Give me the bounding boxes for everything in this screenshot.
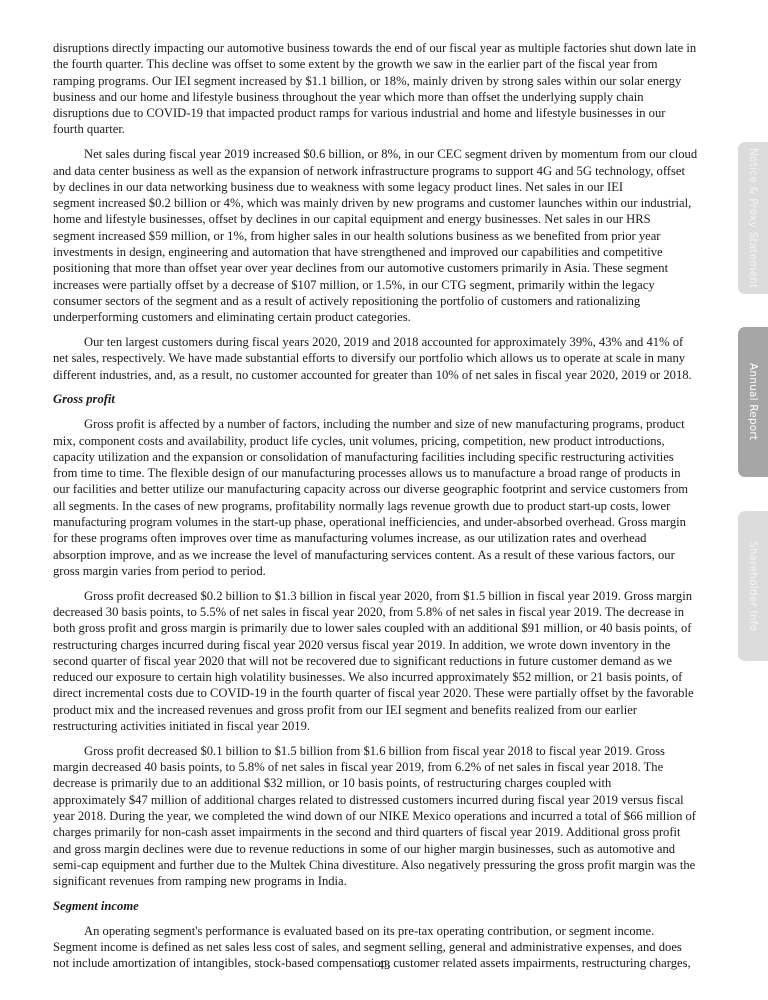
side-tab-label: Shareholder Info: [747, 541, 759, 631]
text-line: restructuring charges incurred during fi…: [53, 637, 721, 653]
text-line: decreased 30 basis points, to 5.5% of ne…: [53, 604, 721, 620]
text-line: the fourth quarter. This decline was off…: [53, 56, 721, 72]
section-heading-gross-profit: Gross profit: [53, 391, 721, 407]
side-tab-label: Notice & Proxy Statement: [747, 148, 759, 289]
side-tab-notice-proxy-statement[interactable]: Notice & Proxy Statement: [738, 142, 768, 294]
text-line: Segment income is defined as net sales l…: [53, 939, 721, 955]
text-line: our facilities and better utilize our ma…: [53, 481, 721, 497]
paragraph-gross-profit-fy2019: Gross profit decreased $0.1 billion to $…: [53, 743, 721, 890]
text-line: capacity utilization and the expansion o…: [53, 449, 721, 465]
text-line: manufacturing program volumes in the sta…: [53, 514, 721, 530]
text-line: and gross margin declines were due to re…: [53, 841, 721, 857]
text-line: underperforming customers and eliminatin…: [53, 309, 721, 325]
side-tab-label: Annual Report: [747, 363, 759, 440]
text-line: ramping programs. Our IEI segment increa…: [53, 73, 721, 89]
text-line: segment increased $59 million, or 1%, fr…: [53, 228, 721, 244]
side-tab-shareholder-info[interactable]: Shareholder Info: [738, 511, 768, 661]
text-line: fourth quarter.: [53, 121, 721, 137]
text-line: direct incremental costs due to COVID-19…: [53, 685, 721, 701]
text-line: from time to time. The flexible design o…: [53, 465, 721, 481]
text-line: charges primarily for non-cash asset imp…: [53, 824, 721, 840]
text-line: investments in design, engineering and a…: [53, 244, 721, 260]
text-line: semi-cap equipment and further due to th…: [53, 857, 721, 873]
side-tab-annual-report[interactable]: Annual Report: [738, 327, 768, 477]
text-line: approximately $47 million of additional …: [53, 792, 721, 808]
text-line: positioning that more than offset year o…: [53, 260, 721, 276]
document-body: disruptions directly impacting our autom…: [53, 40, 721, 980]
text-line: both gross profit and gross margin is pr…: [53, 620, 721, 636]
text-line: by declines in our data networking busin…: [53, 179, 721, 195]
text-line: Our ten largest customers during fiscal …: [53, 334, 721, 350]
text-line: second quarter of fiscal year 2020 that …: [53, 653, 721, 669]
text-line: Net sales during fiscal year 2019 increa…: [53, 146, 721, 162]
text-line: Gross profit decreased $0.2 billion to $…: [53, 588, 721, 604]
text-line: increases were partially offset by a dec…: [53, 277, 721, 293]
paragraph-net-sales-fy2019: Net sales during fiscal year 2019 increa…: [53, 146, 721, 325]
text-line: net sales, respectively. We have made su…: [53, 350, 721, 366]
paragraph-largest-customers: Our ten largest customers during fiscal …: [53, 334, 721, 383]
text-line: reduced our exposure to certain high vol…: [53, 669, 721, 685]
text-line: for these programs often improves over t…: [53, 530, 721, 546]
paragraph-gross-profit-fy2020: Gross profit decreased $0.2 billion to $…: [53, 588, 721, 735]
text-line: Gross profit decreased $0.1 billion to $…: [53, 743, 721, 759]
text-line: decrease is primarily due to an addition…: [53, 775, 721, 791]
text-line: significant revenues from ramping new pr…: [53, 873, 721, 889]
text-line: different industries, and, as a result, …: [53, 367, 721, 383]
text-line: all segments. In the cases of new progra…: [53, 498, 721, 514]
text-line: consumer sectors of the segment and as a…: [53, 293, 721, 309]
text-line: mix, component costs and availability, p…: [53, 433, 721, 449]
text-line: segment increased $0.2 billion or 4%, wh…: [53, 195, 721, 211]
text-line: margin decreased 40 basis points, to 5.8…: [53, 759, 721, 775]
text-line: year 2018. During the year, we completed…: [53, 808, 721, 824]
page-number: 43: [0, 957, 768, 973]
text-line: business and our home and lifestyle busi…: [53, 89, 721, 105]
text-line: disruptions directly impacting our autom…: [53, 40, 721, 56]
text-line: gross margin varies from period to perio…: [53, 563, 721, 579]
text-line: disruptions due to COVID-19 that impacte…: [53, 105, 721, 121]
section-heading-segment-income: Segment income: [53, 898, 721, 914]
text-line: Gross profit is affected by a number of …: [53, 416, 721, 432]
text-line: restructuring activities initiated in fi…: [53, 718, 721, 734]
text-line: home and lifestyle businesses, offset by…: [53, 211, 721, 227]
paragraph-gross-profit-factors: Gross profit is affected by a number of …: [53, 416, 721, 579]
text-line: An operating segment's performance is ev…: [53, 923, 721, 939]
text-line: and data center business as well as the …: [53, 163, 721, 179]
text-line: product mix and the increased revenues a…: [53, 702, 721, 718]
paragraph-segment-sales-fy2020-continued: disruptions directly impacting our autom…: [53, 40, 721, 138]
text-line: absorption improve, and as we increase t…: [53, 547, 721, 563]
